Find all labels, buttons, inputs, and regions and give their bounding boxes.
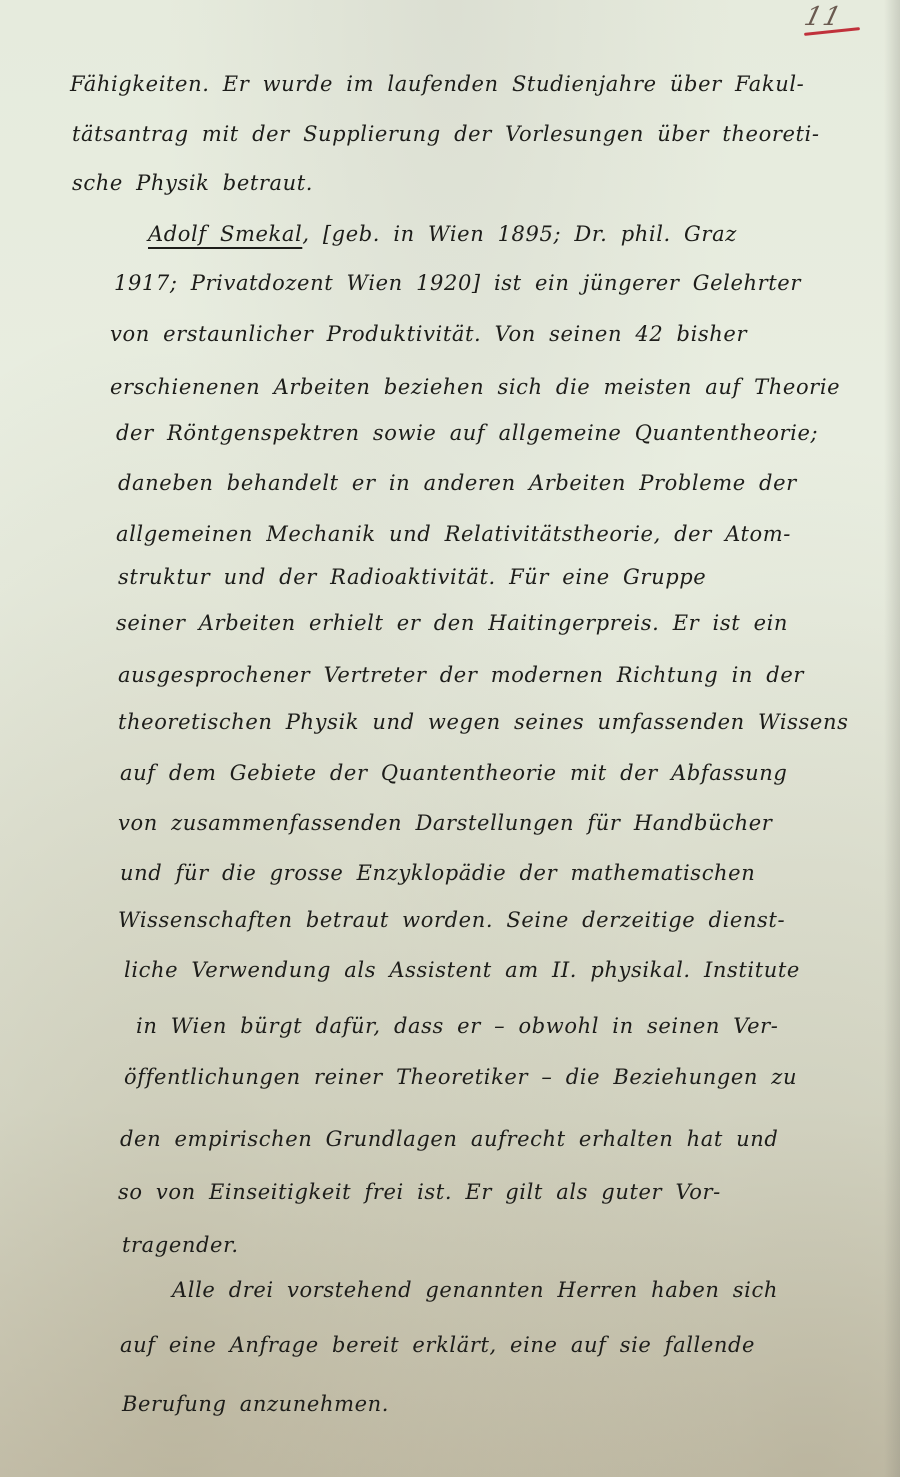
text-line: Wissenschaften betraut worden. Seine der… (118, 908, 785, 932)
text-line: von zusammenfassenden Darstellungen für … (118, 811, 772, 835)
text-line: Fähigkeiten. Er wurde im laufenden Studi… (70, 72, 804, 96)
text-line: Alle drei vorstehend genannten Herren ha… (172, 1278, 778, 1302)
text-line: in Wien bürgt dafür, dass er – obwohl in… (136, 1014, 779, 1038)
text-line: von erstaunlicher Produktivität. Von sei… (110, 322, 747, 346)
text-line: tragender. (122, 1233, 239, 1257)
text-line: erschienenen Arbeiten beziehen sich die … (110, 375, 840, 399)
text-line: seiner Arbeiten erhielt er den Haitinger… (116, 611, 788, 635)
text-line: Berufung anzunehmen. (122, 1392, 389, 1416)
text-line: ausgesprochener Vertreter der modernen R… (118, 663, 804, 687)
text-line: und für die grosse Enzyklopädie der math… (120, 861, 755, 885)
person-name-smekal: Adolf Smekal (148, 222, 302, 246)
text-line: allgemeinen Mechanik und Relativitätsthe… (116, 522, 791, 546)
biographical-note: , [geb. in Wien 1895; Dr. phil. Graz (302, 222, 737, 246)
text-line: der Röntgenspektren sowie auf allgemeine… (116, 421, 818, 445)
text-line: daneben behandelt er in anderen Arbeiten… (118, 471, 797, 495)
text-line: Adolf Smekal, [geb. in Wien 1895; Dr. ph… (148, 222, 737, 246)
page-number: 11 (801, 2, 846, 32)
text-line: sche Physik betraut. (72, 171, 313, 195)
text-line: auf dem Gebiete der Quantentheorie mit d… (120, 761, 787, 785)
text-line: theoretischen Physik und wegen seines um… (118, 710, 848, 734)
text-line: den empirischen Grundlagen aufrecht erha… (120, 1127, 778, 1151)
text-line: öffentlichungen reiner Theoretiker – die… (124, 1065, 797, 1089)
text-line: struktur und der Radioaktivität. Für ein… (118, 565, 706, 589)
text-line: tätsantrag mit der Supplierung der Vorle… (72, 122, 820, 146)
manuscript-page: 11 Fähigkeiten. Er wurde im laufenden St… (0, 0, 900, 1477)
text-line: 1917; Privatdozent Wien 1920] ist ein jü… (114, 271, 801, 295)
text-line: liche Verwendung als Assistent am II. ph… (124, 958, 800, 982)
text-line: auf eine Anfrage bereit erklärt, eine au… (120, 1333, 755, 1357)
text-line: so von Einseitigkeit frei ist. Er gilt a… (118, 1180, 721, 1204)
